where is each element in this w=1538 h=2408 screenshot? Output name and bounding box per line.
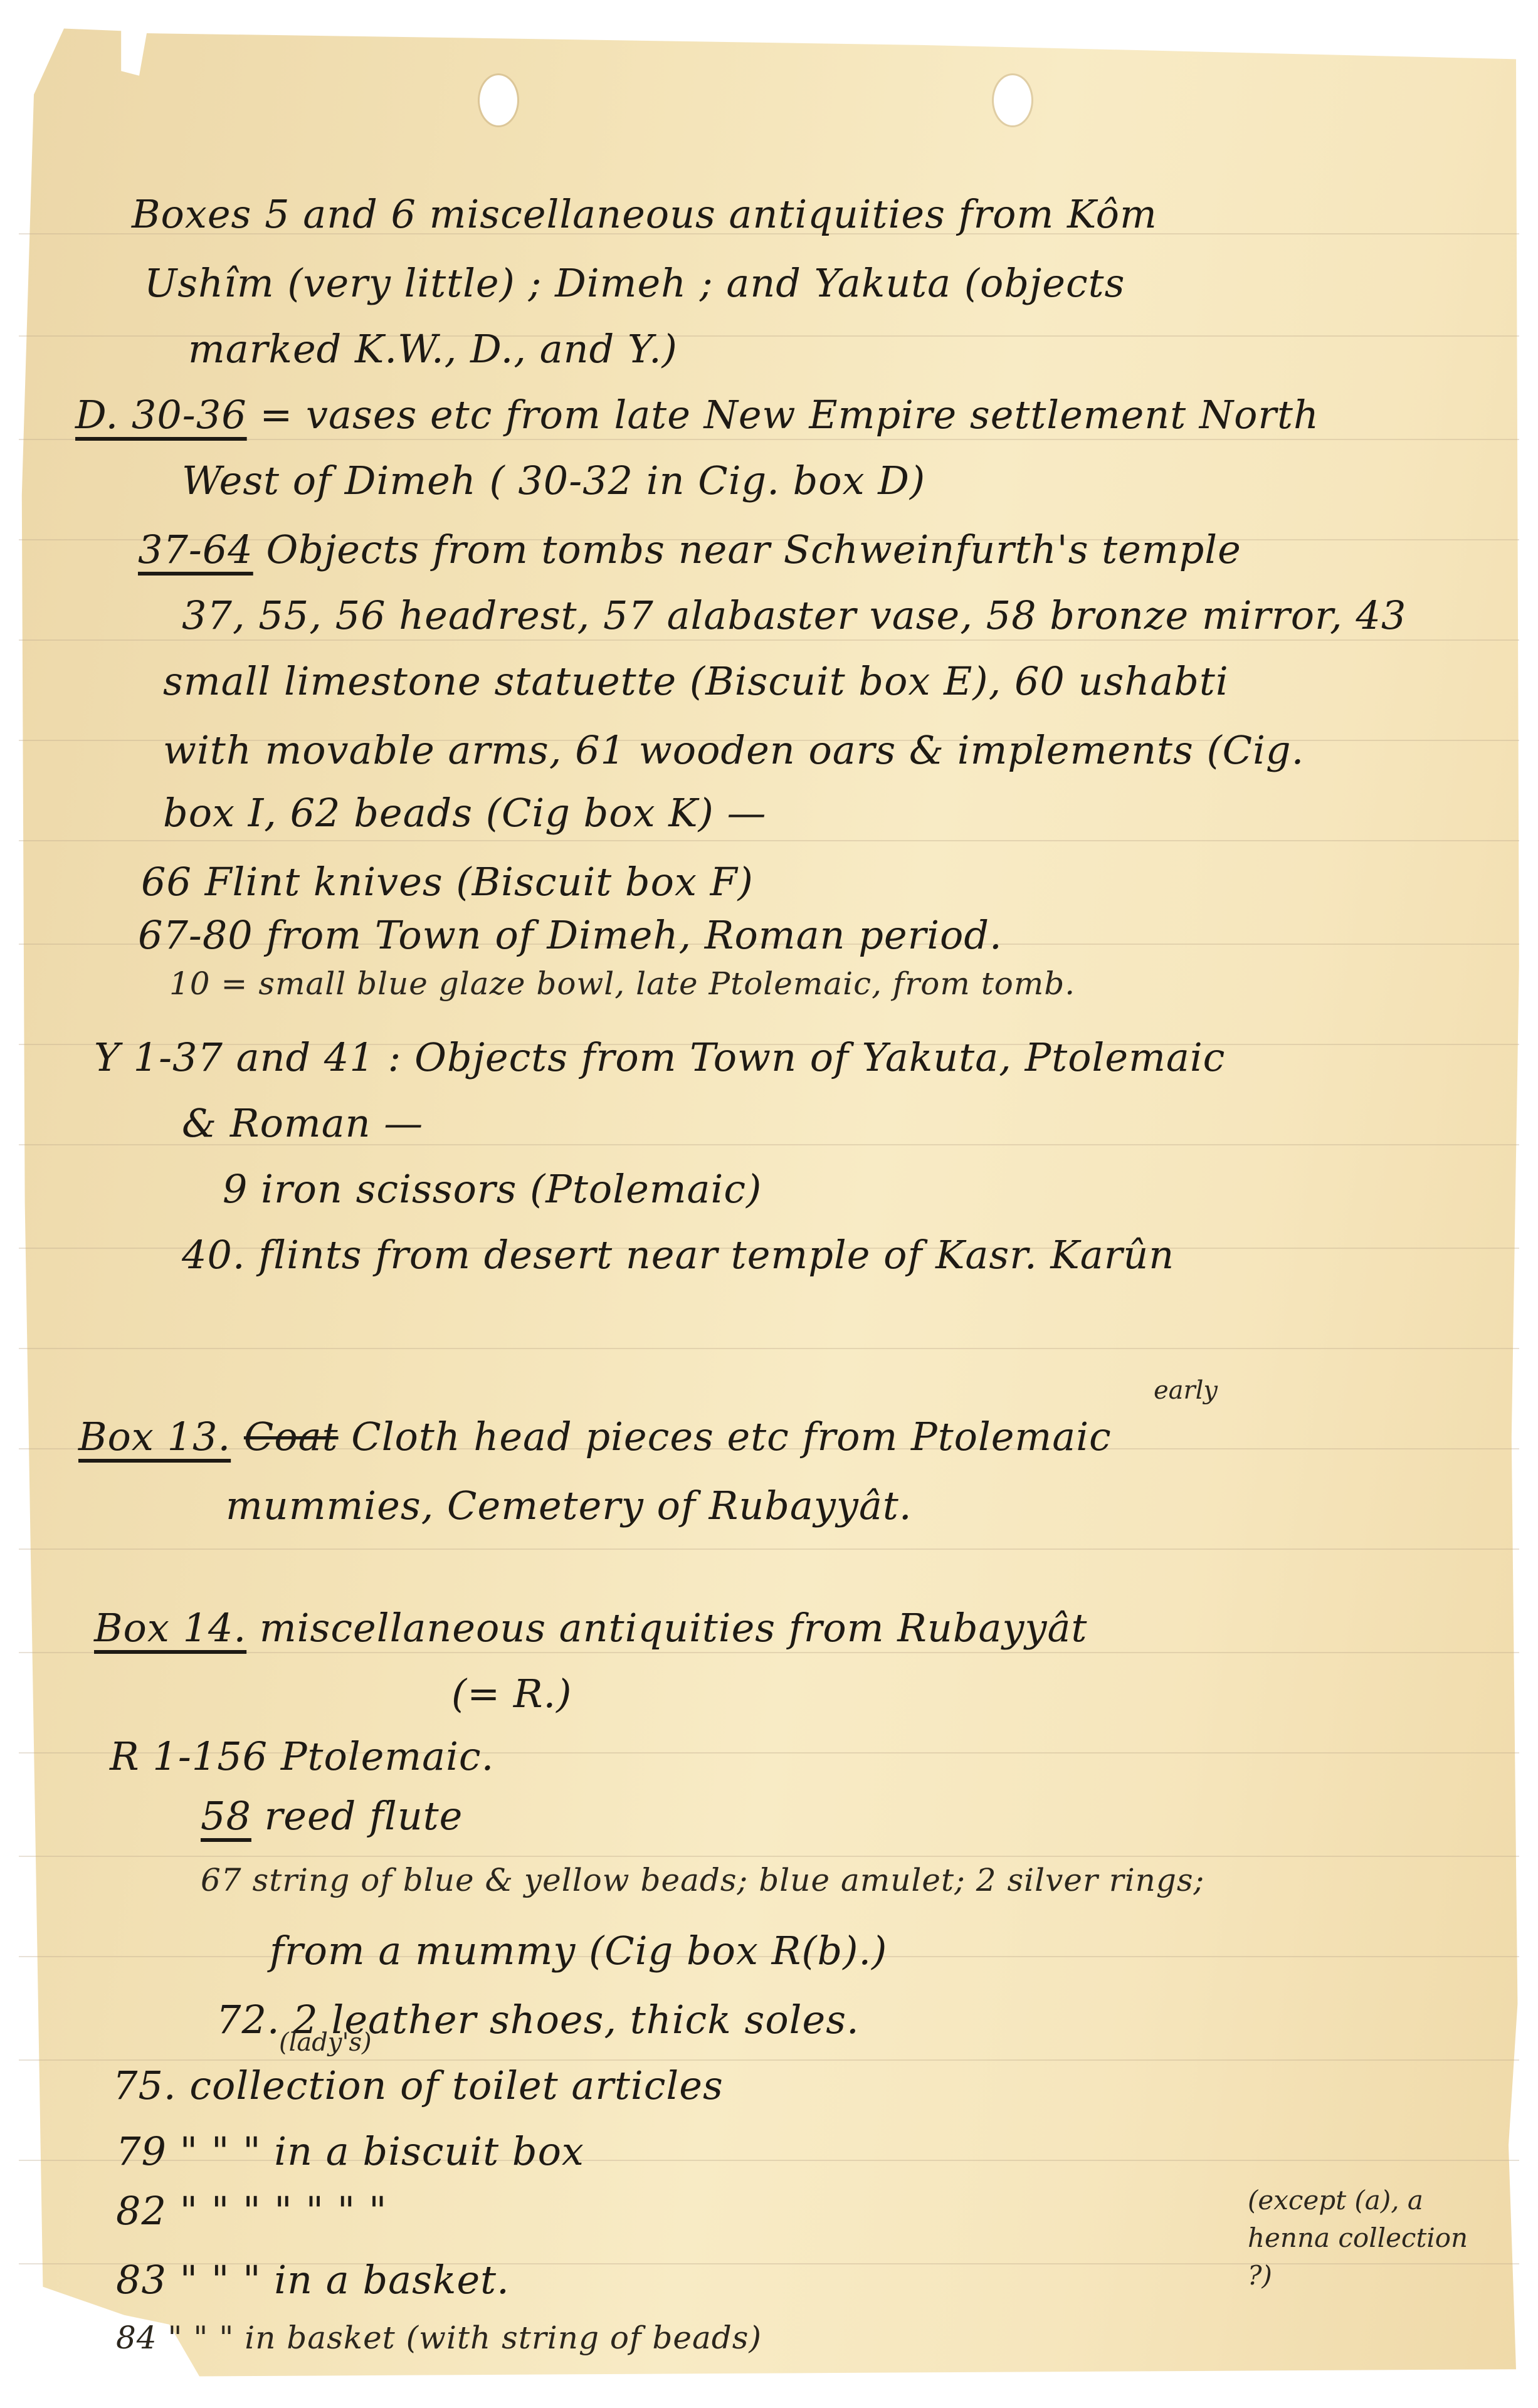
- boxes-5-6-line-3: marked K.W., D., and Y.): [188, 326, 678, 372]
- entry-ref: 79: [116, 2128, 167, 2174]
- box-14-text: miscellaneous antiquities from Rubayyât: [260, 1605, 1088, 1651]
- entry-ref: R 1-156: [110, 1733, 268, 1779]
- entry-text: from Town of Dimeh, Roman period.: [266, 912, 1002, 958]
- ruled-line: [19, 1652, 1519, 1653]
- entry-text: iron scissors (Ptolemaic): [261, 1166, 762, 1212]
- ruled-line: [19, 1856, 1519, 1857]
- entry-ref: D. 30-36: [75, 392, 247, 438]
- ruled-line: [19, 1548, 1519, 1550]
- entry-ref: 37-64: [138, 527, 253, 572]
- dimeh-entry-30-36: D. 30-36 = vases etc from late New Empir…: [75, 392, 1319, 438]
- dimeh-entry-line: with movable arms, 61 wooden oars & impl…: [163, 727, 1304, 773]
- entry-text: = vases etc from late New Empire settlem…: [260, 392, 1319, 438]
- entry-text: Flint knives (Biscuit box F): [205, 859, 754, 905]
- box-14-entry-58: 58 reed flute: [201, 1793, 463, 1839]
- entry-text: reed flute: [265, 1793, 463, 1839]
- entry-ref: 9: [223, 1166, 248, 1212]
- entry-text: Objects from tombs near Schweinfurth's t…: [266, 527, 1241, 572]
- ruled-line: [19, 439, 1519, 440]
- dimeh-entry-30-36-cont: West of Dimeh ( 30-32 in Cig. box D): [182, 458, 925, 503]
- ruled-line: [19, 1348, 1519, 1349]
- entry-ref: 82: [116, 2188, 167, 2234]
- ruled-line: [19, 2059, 1519, 2061]
- box-14-entry-75-insertion: (lady's): [279, 2028, 372, 2057]
- entry-ref: 67-80: [138, 912, 253, 958]
- box-14-line-1: Box 14. miscellaneous antiquities from R…: [94, 1605, 1087, 1651]
- dimeh-entry-37-64: 37-64 Objects from tombs near Schweinfur…: [138, 527, 1241, 572]
- box-14-entry-75: 75. collection of toilet articles: [113, 2063, 724, 2108]
- entry-ref: 67: [201, 1862, 242, 1898]
- box-14-entry-82: 82 " " " " " " ": [116, 2188, 387, 2234]
- box-14-line-2: (= R.): [451, 1671, 572, 1717]
- box-13-line-1: Box 13. Coat Cloth head pieces etc from …: [78, 1414, 1112, 1459]
- entry-ref: 40.: [182, 1232, 246, 1278]
- box-14-entry-83: 83 " " " in a basket.: [116, 2257, 510, 2303]
- dimeh-entry-line: box I, 62 beads (Cig box K) —: [163, 790, 767, 836]
- entry-text: " " " in basket (with string of beads): [168, 2320, 762, 2356]
- dimeh-entry-line: 37, 55, 56 headrest, 57 alabaster vase, …: [182, 592, 1406, 638]
- boxes-5-6-line-2: Ushîm (very little) ; Dimeh ; and Yakuta…: [144, 260, 1125, 306]
- yakuta-entry-9: 9 iron scissors (Ptolemaic): [223, 1166, 762, 1212]
- entry-ref: 75.: [113, 2063, 177, 2108]
- boxes-5-6-line-1: Boxes 5 and 6 miscellaneous antiquities …: [132, 191, 1157, 237]
- box-14-entry-r1-156: R 1-156 Ptolemaic.: [110, 1733, 494, 1779]
- entry-text: : Objects from Town of Yakuta, Ptolemaic: [388, 1034, 1226, 1080]
- entry-ref: 58: [201, 1793, 251, 1839]
- entry-ref: 84: [116, 2320, 157, 2356]
- box-13-text: Cloth head pieces etc from Ptolemaic: [351, 1414, 1112, 1459]
- entry-text: " " " in a biscuit box: [180, 2128, 584, 2174]
- struck-word: Coat: [244, 1414, 339, 1459]
- punch-hole: [994, 75, 1031, 125]
- dimeh-entry-line: small limestone statuette (Biscuit box E…: [163, 658, 1229, 704]
- ruled-line: [19, 840, 1519, 841]
- entry-ref: Y 1-37 and 41: [94, 1034, 375, 1080]
- box-13-insertion: early: [1154, 1376, 1218, 1405]
- entry-text: Ptolemaic.: [281, 1733, 495, 1779]
- entry-text: collection of toilet articles: [189, 2063, 723, 2108]
- box-14-entry-67: 67 string of blue & yellow beads; blue a…: [201, 1862, 1204, 1898]
- box-13-line-2: mummies, Cemetery of Rubayyât.: [226, 1483, 912, 1528]
- yakuta-entry-1-37: Y 1-37 and 41 : Objects from Town of Yak…: [94, 1034, 1225, 1080]
- ruled-line: [19, 639, 1519, 641]
- entry-text: " " " " " " ": [180, 2188, 387, 2234]
- entry-text: leather shoes, thick soles.: [331, 1997, 859, 2043]
- box-14-heading: Box 14.: [94, 1605, 246, 1651]
- box-14-entry-82-note: (except (a), a henna collection ?): [1248, 2182, 1498, 2295]
- yakuta-entry-40: 40. flints from desert near temple of Ka…: [182, 1232, 1174, 1278]
- box-13-heading: Box 13.: [78, 1414, 231, 1459]
- dimeh-entry-10: 10 = small blue glaze bowl, late Ptolema…: [169, 965, 1075, 1002]
- box-14-entry-79: 79 " " " in a biscuit box: [116, 2128, 584, 2174]
- entry-text: " " " in a basket.: [180, 2257, 510, 2303]
- entry-ref: 66: [141, 859, 192, 905]
- dimeh-entry-66: 66 Flint knives (Biscuit box F): [141, 859, 754, 905]
- entry-ref: 83: [116, 2257, 167, 2303]
- entry-text: = small blue glaze bowl, late Ptolemaic,…: [221, 965, 1076, 1002]
- punch-hole: [480, 75, 517, 125]
- dimeh-entry-67-80: 67-80 from Town of Dimeh, Roman period.: [138, 912, 1003, 958]
- box-14-entry-84: 84 " " " in basket (with string of beads…: [116, 2320, 762, 2356]
- entry-text: flints from desert near temple of Kasr. …: [258, 1232, 1174, 1278]
- entry-text: string of blue & yellow beads; blue amul…: [253, 1862, 1205, 1898]
- box-14-entry-67-cont: from a mummy (Cig box R(b).): [270, 1928, 887, 1974]
- yakuta-entry-1-37-cont: & Roman —: [182, 1100, 423, 1146]
- entry-ref: 10: [169, 965, 211, 1002]
